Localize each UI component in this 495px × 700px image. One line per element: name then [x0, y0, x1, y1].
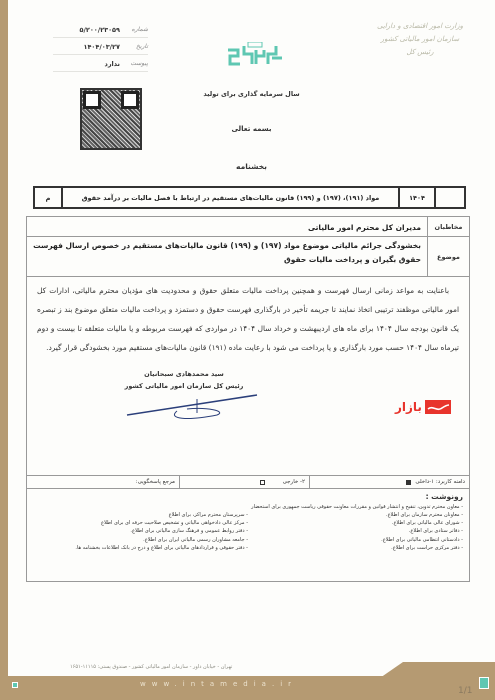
year-slogan: سال سرمایه گذاری برای تولید [8, 90, 495, 98]
meta-number-label: شماره [128, 26, 148, 33]
page-number: 1/1 [458, 686, 472, 696]
usage-internal: دامنه کاربرد: ۱-داخلی [309, 476, 469, 488]
circular-body-box: مخاطبان مدیران کل محترم امور مالیاتی موض… [26, 216, 470, 582]
addressees-row: مخاطبان مدیران کل محترم امور مالیاتی [27, 217, 469, 237]
org-line-1: وزارت امور اقتصادی و دارایی [375, 20, 465, 33]
subject-label: موضوع [427, 237, 469, 276]
meta-number: شماره ۵/۲۰۰/۲۳۰۵۹ [53, 22, 148, 38]
usage-internal-label: دامنه کاربرد: ۱-داخلی [415, 479, 465, 485]
bazaar-watermark-text: بازار [395, 400, 422, 414]
usage-external: ۲- خارجی [179, 476, 309, 488]
cc-left-column: - سرپرستان محترم مراکز، برای اطلاع - مرک… [33, 511, 248, 552]
external-checkbox-icon [260, 480, 265, 485]
org-line-3: رئیس کل [375, 46, 465, 59]
usage-reference: مرجع پاسخگویی: [27, 476, 179, 488]
cc-section: رونوشت : - معاون محترم تدوین، تنقیح و ان… [27, 490, 469, 554]
signer-title: رئیس کل سازمان امور مالیاتی کشور [109, 380, 259, 392]
meta-date-value: ۱۴۰۴/۰۳/۲۷ [84, 43, 129, 51]
cc-columns: - معاونان محترم سازمان برای اطلاع. - شور… [33, 511, 463, 552]
signature-icon [107, 393, 267, 423]
document-page: وزارت امور اقتصادی و دارایی سازمان امور … [8, 0, 495, 700]
meta-date: تاریخ ۱۴۰۴/۰۳/۲۷ [53, 39, 148, 55]
signer-name: سید محمدهادی سبحانیان [109, 368, 259, 380]
bazaar-logo-icon [425, 400, 451, 414]
cc-item: - جامعه مشاوران رسمی مالیاتی ایران برای … [33, 536, 248, 544]
letter-meta: شماره ۵/۲۰۰/۲۳۰۵۹ تاریخ ۱۴۰۴/۰۳/۲۷ پیوست… [53, 22, 148, 73]
document-type-title: بخشنامه [8, 162, 495, 171]
cc-item: - دفتر حقوقی و قراردادهای مالیاتی برای ا… [33, 544, 248, 552]
reference-label: مرجع پاسخگویی: [136, 479, 175, 485]
cc-first-item: - معاون محترم تدوین، تنقیح و انتشار قوان… [33, 503, 463, 511]
footer-square-right-icon [479, 677, 489, 689]
subject-value: بخشودگی جرائم مالیاتی موضوع مواد (۱۹۷) و… [27, 237, 427, 276]
bazaar-watermark: بازار [395, 397, 451, 417]
usage-external-label: ۲- خارجی [283, 479, 305, 485]
cc-item: - مرکز عالی دادخواهی مالیاتی و تشخیص صلا… [33, 519, 248, 527]
cc-item: - دفاتر ستادی برای اطلاع. [248, 527, 463, 535]
addressees-label: مخاطبان [427, 217, 469, 236]
meta-attachment: پیوست ندارد [53, 56, 148, 72]
footer-square-left-icon [12, 682, 18, 688]
code-cell-year: ۱۴۰۴ [398, 188, 434, 207]
meta-attachment-value: ندارد [104, 60, 128, 68]
signer-block: سید محمدهادی سبحانیان رئیس کل سازمان امو… [109, 368, 259, 392]
cc-item: - دادستانی انتظامی مالیاتی برای اطلاع. [248, 536, 463, 544]
circular-code-table: ۱۴۰۴ مواد (۱۹۱)، (۱۹۷) و (۱۹۹) قانون مال… [33, 186, 466, 209]
cc-title: رونوشت : [33, 492, 463, 501]
basmala: بسمه تعالی [8, 125, 495, 133]
org-line-2: سازمان امور مالیاتی کشور [375, 33, 465, 46]
cc-item: - دفتر مرکزی حراست برای اطلاع. [248, 544, 463, 552]
cc-item: - شورای عالی مالیاتی برای اطلاع. [248, 519, 463, 527]
cc-item: - معاونان محترم سازمان برای اطلاع. [248, 511, 463, 519]
meta-date-label: تاریخ [128, 43, 148, 50]
meta-number-value: ۵/۲۰۰/۲۳۰۵۹ [80, 26, 128, 34]
code-cell-empty [434, 188, 464, 207]
tax-organization-logo-icon [226, 42, 284, 66]
cc-item: - سرپرستان محترم مراکز، برای اطلاع [33, 511, 248, 519]
cc-item: - دفتر روابط عمومی و فرهنگ سازی مالیاتی … [33, 527, 248, 535]
internal-checkbox-icon [406, 480, 411, 485]
code-cell-letter: م [35, 188, 61, 207]
footer-address: تهران - خیابان داور - سازمان امور مالیات… [70, 664, 232, 670]
footer-url: www.intamedia.ir [140, 680, 297, 688]
meta-attachment-label: پیوست [128, 60, 148, 67]
usage-scope-row: دامنه کاربرد: ۱-داخلی ۲- خارجی مرجع پاسخ… [27, 475, 469, 489]
cc-right-column: - معاونان محترم سازمان برای اطلاع. - شور… [248, 511, 463, 552]
addressees-value: مدیران کل محترم امور مالیاتی [27, 217, 427, 236]
code-cell-title: مواد (۱۹۱)، (۱۹۷) و (۱۹۹) قانون مالیات‌ه… [61, 188, 398, 207]
organization-handwritten-header: وزارت امور اقتصادی و دارایی سازمان امور … [375, 20, 465, 59]
subject-row: موضوع بخشودگی جرائم مالیاتی موضوع مواد (… [27, 237, 469, 277]
